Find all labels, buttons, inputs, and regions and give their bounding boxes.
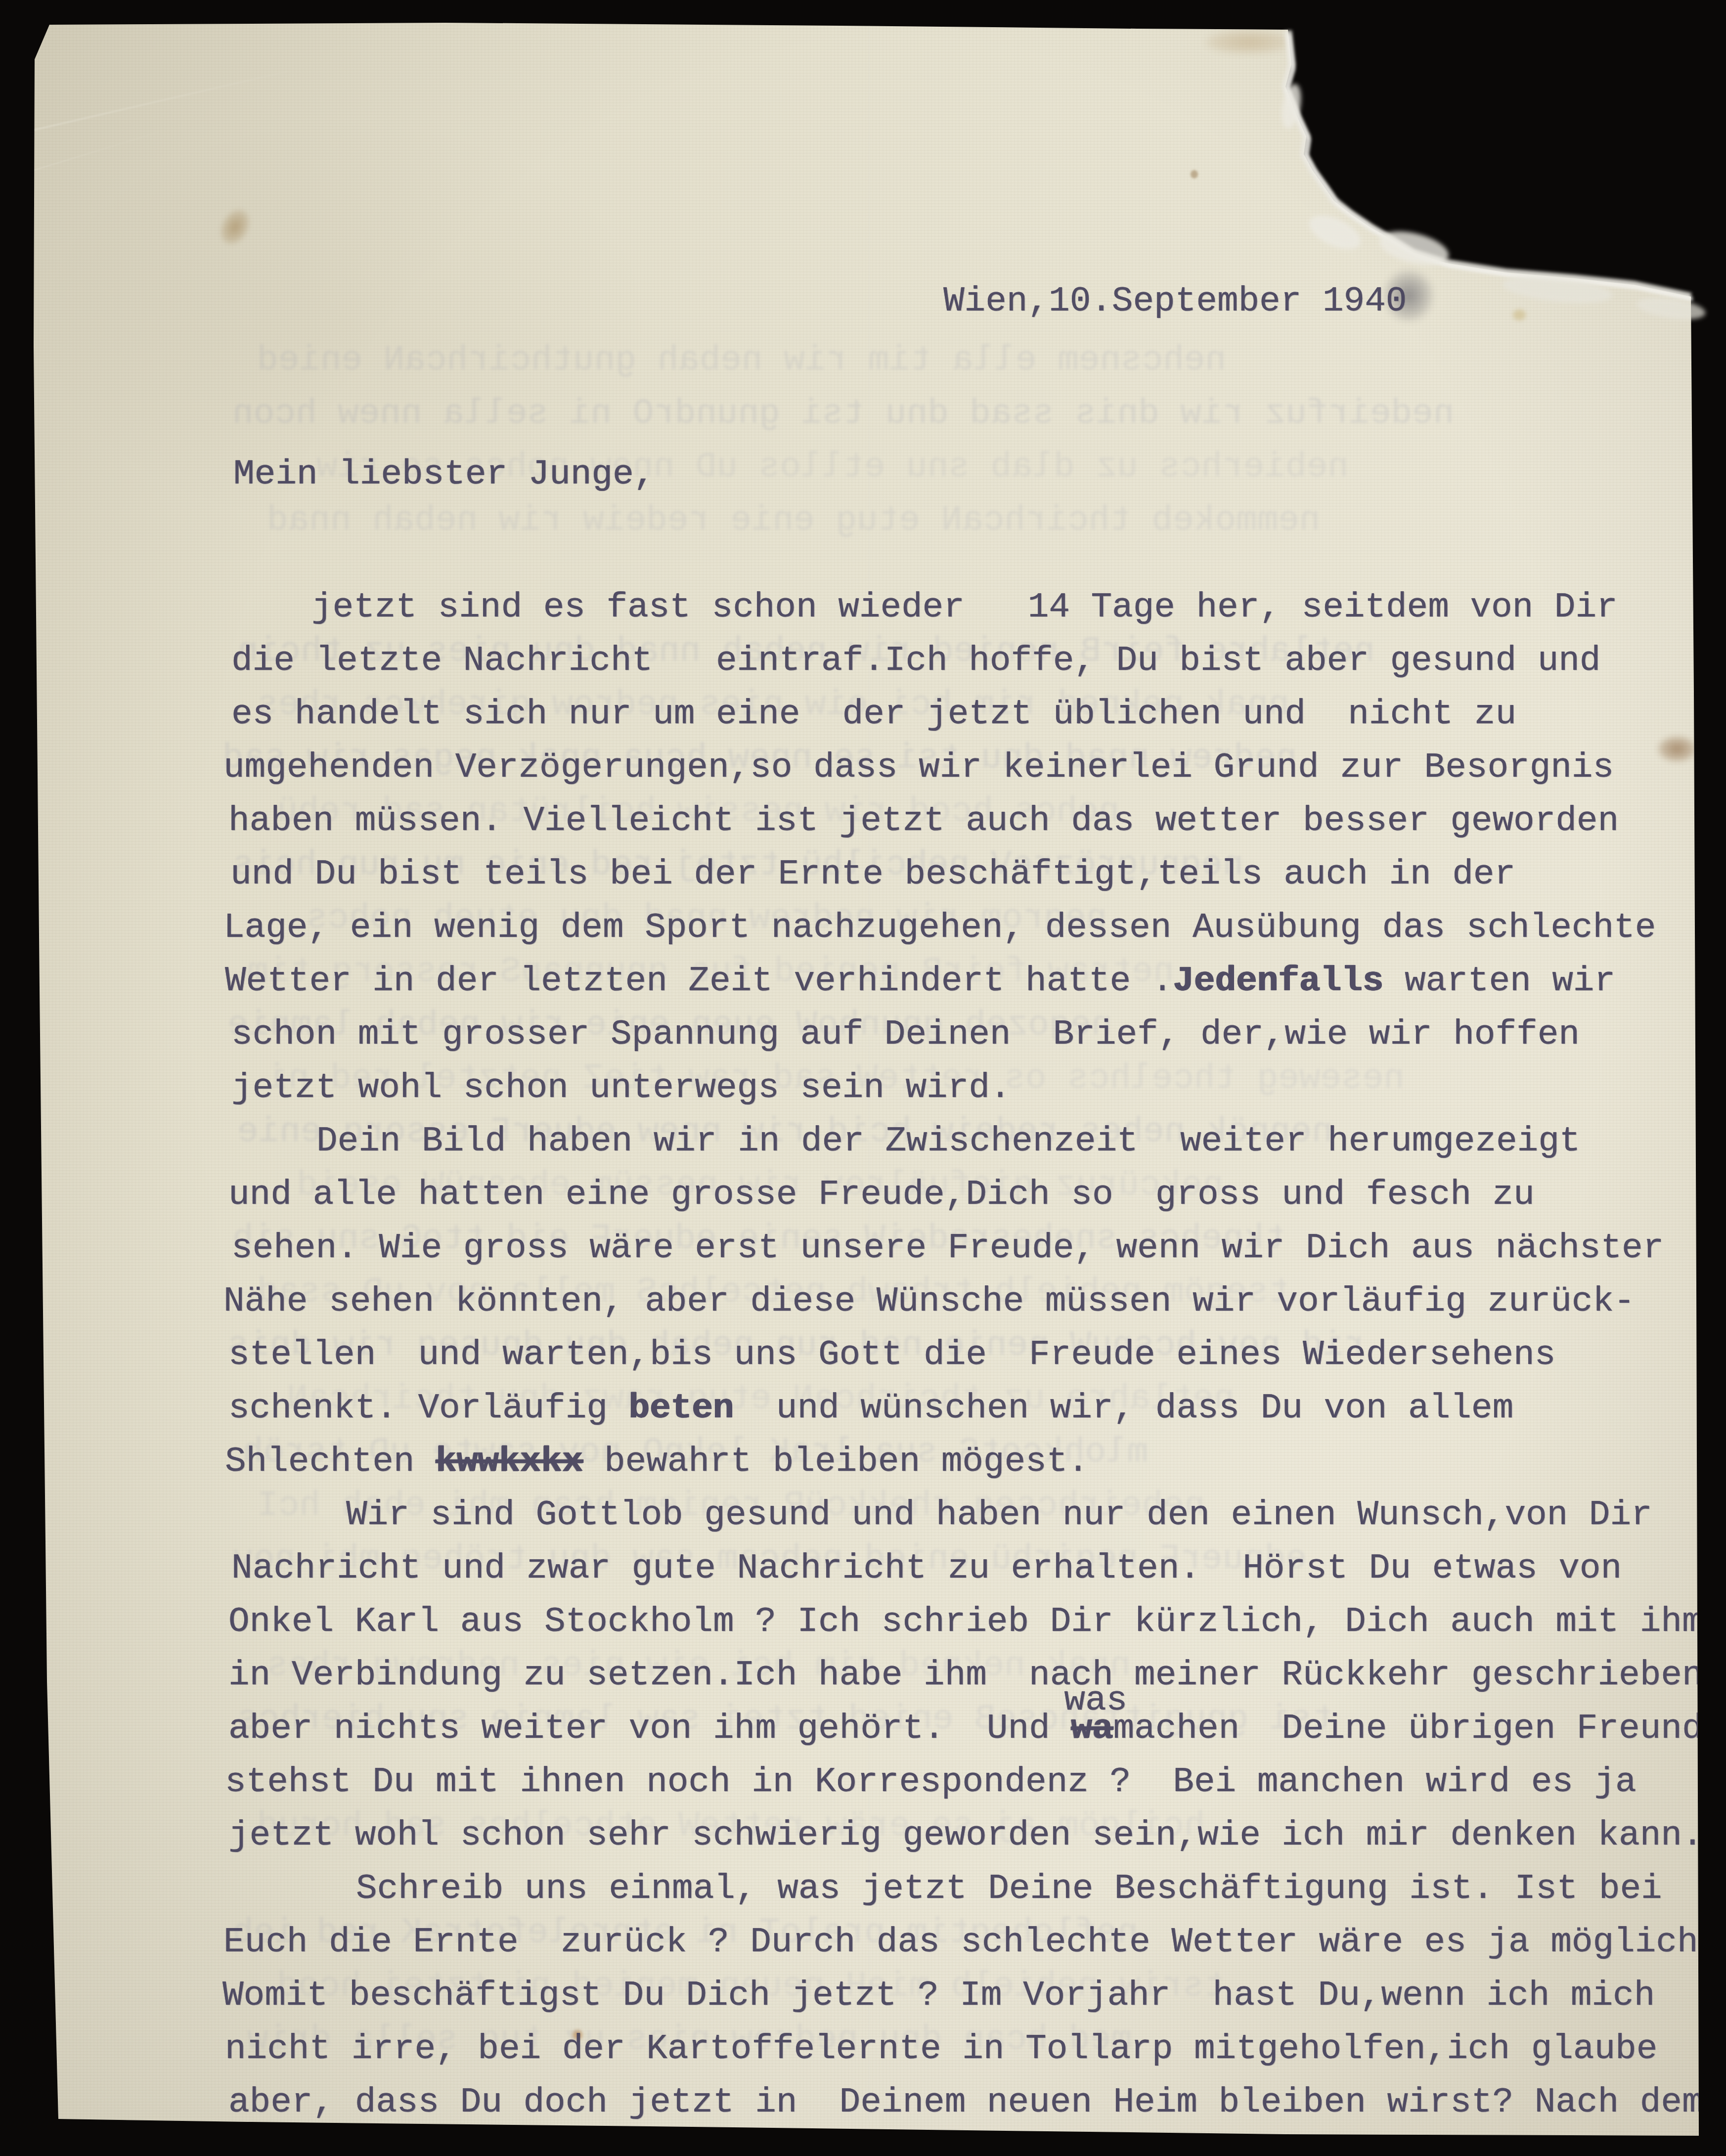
body-line: Schreib uns einmal, was jetzt Deine Besc… [0, 1862, 1726, 1916]
bleed-through-line: nedeirfuz riw dnis ssad dnu tsi gnundrO … [232, 396, 1454, 432]
body-line: jetzt sind es fast schon wieder 14 Tage … [0, 581, 1726, 634]
body-line: Nachricht und zwar gute Nachricht zu erh… [0, 1542, 1726, 1595]
body-line: Dein Bild haben wir in der Zwischenzeit … [0, 1115, 1726, 1168]
body-line: umgehenden Verzögerungen,so dass wir kei… [0, 741, 1726, 794]
text-segment: umgehenden Verzögerungen,so dass wir kei… [223, 748, 1614, 788]
text-segment: warten wir [1383, 962, 1615, 1001]
body-line: aber nichts weiter von ihm gehört. Und w… [0, 1702, 1726, 1756]
body-line: und alle hatten eine grosse Freude,Dich … [0, 1168, 1726, 1222]
body-line: jetzt wohl schon unterwegs sein wird. [0, 1061, 1726, 1115]
text-segment: Nähe sehen könnten, aber diese Wünsche m… [223, 1282, 1635, 1321]
text-segment: Lage, ein wenig dem Sport nachzugehen, d… [223, 908, 1656, 948]
text-segment: sehen. Wie gross wäre erst unsere Freude… [231, 1229, 1664, 1268]
text-segment: Dein Bild haben wir in der Zwischenzeit … [316, 1122, 1580, 1161]
text-segment: aber, dass Du doch jetzt in Deinem neuen… [228, 2083, 1703, 2122]
text-segment: bewahrt bleiben mögest. [583, 1442, 1089, 1482]
body-line: aber, dass Du doch jetzt in Deinem neuen… [0, 2076, 1726, 2129]
text-segment: die letzte Nachricht eintraf.Ich hoffe, … [231, 641, 1600, 681]
body-line: schon mit grosser Spannung auf Deinen Br… [0, 1008, 1726, 1061]
text-segment: Jedenfalls [1173, 962, 1383, 1001]
body-line: Euch die Ernte zurück ? Durch das schlec… [0, 1916, 1726, 1969]
text-segment: schenkt. Vorläufig [228, 1389, 629, 1428]
text-segment: und alle hatten eine grosse Freude,Dich … [228, 1175, 1535, 1215]
struck-out-word: kwwkxkx [436, 1442, 583, 1482]
body-line: jetzt wohl schon sehr schwierig geworden… [0, 1809, 1726, 1862]
text-segment: Euch die Ernte zurück ? Durch das schlec… [223, 1923, 1719, 1962]
body-line: es handelt sich nur um eine der jetzt üb… [0, 688, 1726, 741]
text-segment: und wünschen wir, dass Du von allem [734, 1389, 1513, 1428]
bleed-through-line: nehcsnem ella tim riw nebah gnuthcirhcaN… [257, 343, 1226, 378]
text-segment: Nachricht und zwar gute Nachricht zu erh… [231, 1549, 1622, 1588]
text-segment: und Du bist teils bei der Ernte beschäft… [230, 855, 1515, 894]
body-line: Womit beschäftigst Du Dich jetzt ? Im Vo… [0, 1969, 1726, 2023]
text-segment: jetzt sind es fast schon wieder 14 Tage … [311, 588, 1618, 627]
bleed-through-line: nemmokeb thcirhcaN etug enie redeiw riw … [267, 503, 1320, 538]
body-line: Nähe sehen könnten, aber diese Wünsche m… [0, 1275, 1726, 1328]
letter-body: jetzt sind es fast schon wieder 14 Tage … [0, 581, 1726, 2129]
text-segment: Schreib uns einmal, was jetzt Deine Besc… [356, 1869, 1662, 1909]
body-line: schenkt. Vorläufig beten und wünschen wi… [0, 1382, 1726, 1435]
body-line: stellen und warten,bis uns Gott die Freu… [0, 1328, 1726, 1382]
text-segment: Shlechten [225, 1442, 436, 1482]
date-line: Wien,10.September 1940 [943, 284, 1407, 319]
body-line: in Verbindung zu setzen.Ich habe ihm nac… [0, 1649, 1726, 1702]
body-line: Wetter in der letzten Zeit verhindert ha… [0, 955, 1726, 1008]
letter-page: nehcsnem ella tim riw nebah gnuthcirhcaN… [0, 0, 1726, 2156]
inserted-word: was [1064, 1674, 1127, 1727]
text-segment: nicht irre, bei der Kartoffelernte in To… [225, 2029, 1657, 2069]
body-line: haben müssen. Vielleicht ist jetzt auch … [0, 794, 1726, 848]
body-line: die letzte Nachricht eintraf.Ich hoffe, … [0, 634, 1726, 688]
text-segment: jetzt wohl schon sehr schwierig geworden… [228, 1816, 1703, 1855]
body-line: Shlechten kwwkxkx bewahrt bleiben mögest… [0, 1435, 1726, 1489]
text-segment: aber nichts weiter von ihm gehört. Und [228, 1709, 1071, 1749]
text-segment: machen Deine übrigen Freunde [1113, 1709, 1725, 1749]
text-segment: es handelt sich nur um eine der jetzt üb… [231, 695, 1516, 734]
scan-background: nehcsnem ella tim riw nebah gnuthcirhcaN… [0, 0, 1726, 2156]
text-segment: stehst Du mit ihnen noch in Korresponden… [225, 1762, 1637, 1802]
text-segment: jetzt wohl schon unterwegs sein wird. [231, 1068, 1011, 1108]
body-line: sehen. Wie gross wäre erst unsere Freude… [0, 1222, 1726, 1275]
body-line: und Du bist teils bei der Ernte beschäft… [0, 848, 1726, 901]
text-segment: in Verbindung zu setzen.Ich habe ihm nac… [228, 1656, 1724, 1695]
text-segment: Wir sind Gottlob gesund und haben nur de… [346, 1496, 1652, 1535]
text-segment: beten [629, 1389, 734, 1428]
text-segment: Wetter in der letzten Zeit verhindert ha… [225, 962, 1173, 1001]
text-segment: Onkel Karl aus Stockholm ? Ich schrieb D… [228, 1602, 1703, 1642]
body-line: Wir sind Gottlob gesund und haben nur de… [0, 1489, 1726, 1542]
salutation: Mein liebster Junge, [233, 457, 655, 492]
text-segment: haben müssen. Vielleicht ist jetzt auch … [228, 801, 1619, 841]
body-line: Onkel Karl aus Stockholm ? Ich schrieb D… [0, 1595, 1726, 1649]
body-line: nicht irre, bei der Kartoffelernte in To… [0, 2023, 1726, 2076]
text-segment: schon mit grosser Spannung auf Deinen Br… [231, 1015, 1580, 1055]
body-line: stehst Du mit ihnen noch in Korresponden… [0, 1756, 1726, 1809]
text-segment: stellen und warten,bis uns Gott die Freu… [228, 1335, 1555, 1375]
body-line: Lage, ein wenig dem Sport nachzugehen, d… [0, 901, 1726, 955]
text-segment: Womit beschäftigst Du Dich jetzt ? Im Vo… [222, 1976, 1655, 2016]
